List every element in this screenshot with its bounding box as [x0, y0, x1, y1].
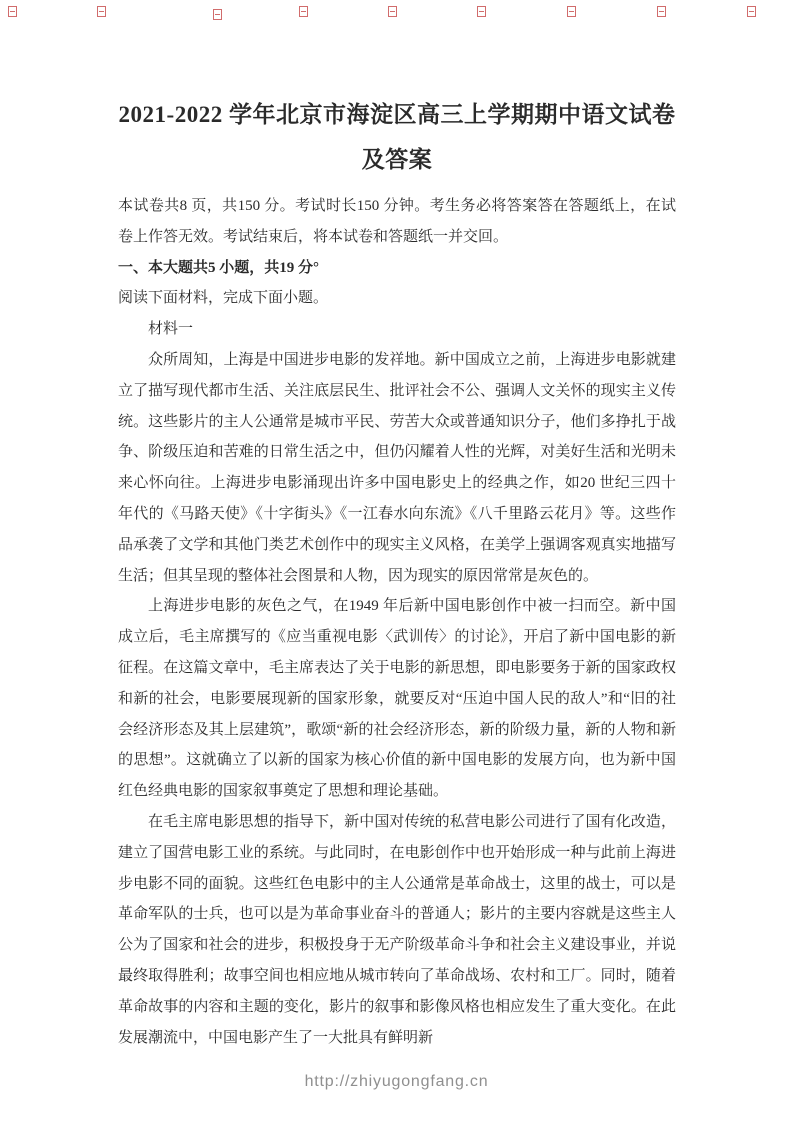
page-title: 2021-2022 学年北京市海淀区高三上学期期中语文试卷及答案 — [118, 92, 676, 182]
material-paragraph: 上海进步电影的灰色之气，在1949 年后新中国电影创作中被一扫而空。新中国成立后… — [118, 591, 676, 807]
material-paragraph: 在毛主席电影思想的指导下，新中国对传统的私营电影公司进行了国有化改造，建立了国营… — [118, 807, 676, 1053]
red-stamp-icon — [8, 6, 17, 17]
reading-instruction: 阅读下面材料，完成下面小题。 — [118, 283, 676, 314]
red-stamp-icon — [477, 6, 486, 17]
exam-paper-page: 2021-2022 学年北京市海淀区高三上学期期中语文试卷及答案 本试卷共8 页… — [0, 0, 793, 1122]
red-stamp-icon — [657, 6, 666, 17]
red-stamp-icon — [213, 9, 222, 20]
section-one-heading: 一、本大题共5 小题，共19 分° — [118, 253, 676, 284]
red-stamp-icon — [388, 6, 397, 17]
watermark-row — [0, 0, 793, 24]
source-url: http://zhiyugongfang.cn — [0, 1073, 793, 1091]
red-stamp-icon — [747, 6, 756, 17]
red-stamp-icon — [299, 6, 308, 17]
red-stamp-icon — [97, 6, 106, 17]
material-one-label: 材料一 — [118, 314, 676, 345]
red-stamp-icon — [567, 6, 576, 17]
material-paragraph: 众所周知，上海是中国进步电影的发祥地。新中国成立之前，上海进步电影就建立了描写现… — [118, 345, 676, 591]
exam-intro: 本试卷共8 页，共150 分。考试时长150 分钟。考生务必将答案答在答题纸上，… — [118, 191, 676, 253]
